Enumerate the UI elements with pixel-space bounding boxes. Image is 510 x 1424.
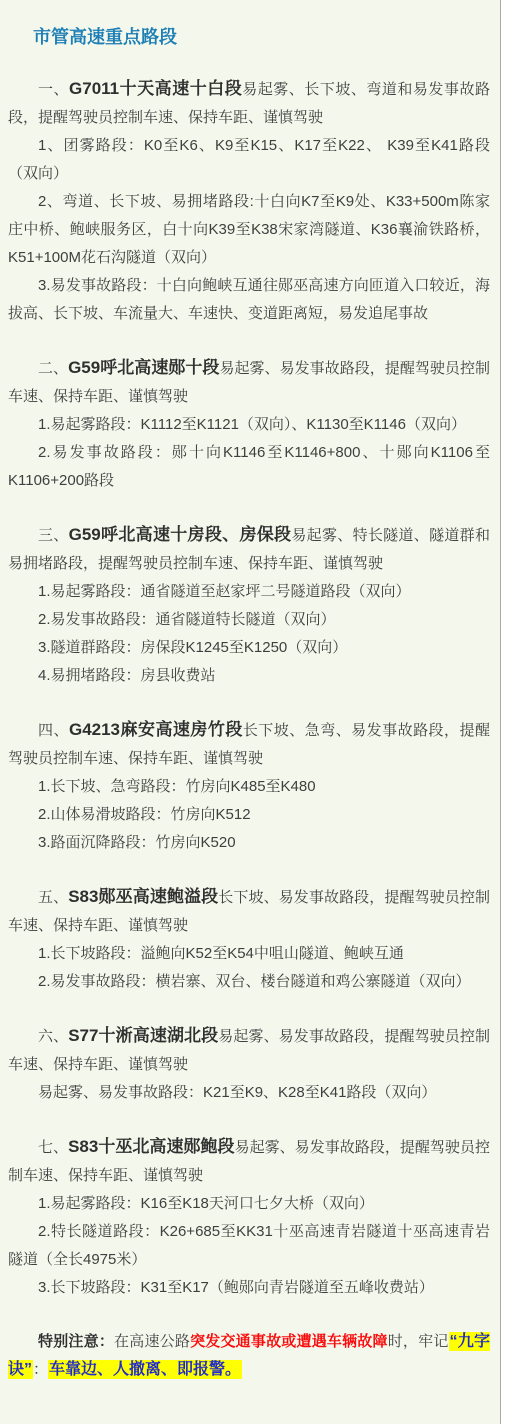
list-item: 2.易发事故路段：郧十向K1146至K1146+800、十郧向K1106至K11… (0, 439, 500, 495)
list-item: 1.易起雾路段：K16至K18天河口七夕大桥（双向） (0, 1190, 500, 1218)
section: 六、S77十淅高速湖北段易起雾、易发事故路段，提醒驾驶员控制车速、保持车距、谨慎… (0, 1022, 500, 1107)
road-name: G59呼北高速十房段、房保段 (69, 525, 292, 544)
section-intro: 七、S83十巫北高速郧鲍段易起雾、易发事故路段，提醒驾驶员控制车速、保持车距、谨… (0, 1133, 500, 1190)
road-name: G4213麻安高速房竹段 (69, 720, 243, 739)
section: 五、S83郧巫高速鲍溢段长下坡、易发事故路段，提醒驾驶员控制车速、保持车距、谨慎… (0, 883, 500, 996)
list-item: 1.长下坡、急弯路段：竹房向K485至K480 (0, 773, 500, 801)
road-name: S83郧巫高速鲍溢段 (68, 887, 218, 906)
list-item: 3.易发事故路段：十白向鲍峡互通往郧巫高速方向匝道入口较近，海拔高、长下坡、车流… (0, 272, 500, 328)
article-page: 市管高速重点路段 一、G7011十天高速十白段易起雾、长下坡、弯道和易发事故路段… (0, 0, 501, 1424)
list-item: 易起雾、易发事故路段：K21至K9、K28至K41路段（双向） (0, 1079, 500, 1107)
list-item: 3.长下坡路段：K31至K17（鲍郧向青岩隧道至五峰收费站） (0, 1274, 500, 1302)
section-number: 七、 (38, 1139, 68, 1156)
section-intro: 一、G7011十天高速十白段易起雾、长下坡、弯道和易发事故路段，提醒驾驶员控制车… (0, 75, 500, 132)
notice-colon: ： (33, 1361, 48, 1378)
road-name: G59呼北高速郧十段 (68, 358, 219, 377)
section: 一、G7011十天高速十白段易起雾、长下坡、弯道和易发事故路段，提醒驾驶员控制车… (0, 75, 500, 328)
notice-label: 特别注意： (38, 1333, 114, 1350)
list-item: 2.特长隧道路段：K26+685至KK31十巫高速青岩隧道十巫高速青岩隧道（全长… (0, 1218, 500, 1274)
notice-red-text: 突发交通事故或遭遇车辆故障 (190, 1333, 388, 1350)
section-number: 二、 (38, 360, 68, 377)
notice-paragraph: 特别注意：在高速公路突发交通事故或遭遇车辆故障时，牢记“九字诀”：车靠边、人撤离… (0, 1328, 500, 1384)
notice-pre-text: 在高速公路 (114, 1333, 190, 1350)
sections-container: 一、G7011十天高速十白段易起雾、长下坡、弯道和易发事故路段，提醒驾驶员控制车… (0, 75, 500, 1302)
section-number: 六、 (38, 1028, 68, 1045)
road-name: S83十巫北高速郧鲍段 (68, 1137, 235, 1156)
notice-highlight-rule: 车靠边、人撤离、即报警。 (48, 1360, 242, 1379)
section: 二、G59呼北高速郧十段易起雾、易发事故路段，提醒驾驶员控制车速、保持车距、谨慎… (0, 354, 500, 495)
section-intro: 三、G59呼北高速十房段、房保段易起雾、特长隧道、隧道群和易拥堵路段，提醒驾驶员… (0, 521, 500, 578)
list-item: 1.易起雾路段：通省隧道至赵家坪二号隧道路段（双向） (0, 578, 500, 606)
list-item: 3.隧道群路段：房保段K1245至K1250（双向） (0, 634, 500, 662)
list-item: 4.易拥堵路段：房县收费站 (0, 662, 500, 690)
list-item: 2.易发事故路段：通省隧道特长隧道（双向） (0, 606, 500, 634)
list-item: 1.长下坡路段：溢鲍向K52至K54中咀山隧道、鲍峡互通 (0, 940, 500, 968)
road-name: S77十淅高速湖北段 (68, 1026, 218, 1045)
list-item: 1.易起雾路段：K1112至K1121（双向）、K1130至K1146（双向） (0, 411, 500, 439)
section: 七、S83十巫北高速郧鲍段易起雾、易发事故路段，提醒驾驶员控制车速、保持车距、谨… (0, 1133, 500, 1302)
road-name: G7011十天高速十白段 (69, 79, 242, 98)
section-number: 一、 (38, 81, 69, 98)
section-intro: 五、S83郧巫高速鲍溢段长下坡、易发事故路段，提醒驾驶员控制车速、保持车距、谨慎… (0, 883, 500, 940)
section-intro: 六、S77十淅高速湖北段易起雾、易发事故路段，提醒驾驶员控制车速、保持车距、谨慎… (0, 1022, 500, 1079)
section-intro: 四、G4213麻安高速房竹段长下坡、急弯、易发事故路段，提醒驾驶员控制车速、保持… (0, 716, 500, 773)
page-title: 市管高速重点路段 (8, 25, 492, 49)
section: 四、G4213麻安高速房竹段长下坡、急弯、易发事故路段，提醒驾驶员控制车速、保持… (0, 716, 500, 857)
notice-mid-text: 时，牢记 (388, 1333, 449, 1350)
section-number: 四、 (38, 722, 69, 739)
list-item: 3.路面沉降路段：竹房向K520 (0, 829, 500, 857)
list-item: 2、弯道、长下坡、易拥堵路段:十白向K7至K9处、K33+500m陈家庄中桥、鲍… (0, 188, 500, 272)
list-item: 1、团雾路段：K0至K6、K9至K15、K17至K22、 K39至K41路段（双… (0, 132, 500, 188)
list-item: 2.山体易滑坡路段：竹房向K512 (0, 801, 500, 829)
section-number: 五、 (38, 889, 68, 906)
section: 三、G59呼北高速十房段、房保段易起雾、特长隧道、隧道群和易拥堵路段，提醒驾驶员… (0, 521, 500, 690)
section-number: 三、 (38, 527, 69, 544)
list-item: 2.易发事故路段：横岩寨、双台、楼台隧道和鸡公寨隧道（双向） (0, 968, 500, 996)
section-intro: 二、G59呼北高速郧十段易起雾、易发事故路段，提醒驾驶员控制车速、保持车距、谨慎… (0, 354, 500, 411)
